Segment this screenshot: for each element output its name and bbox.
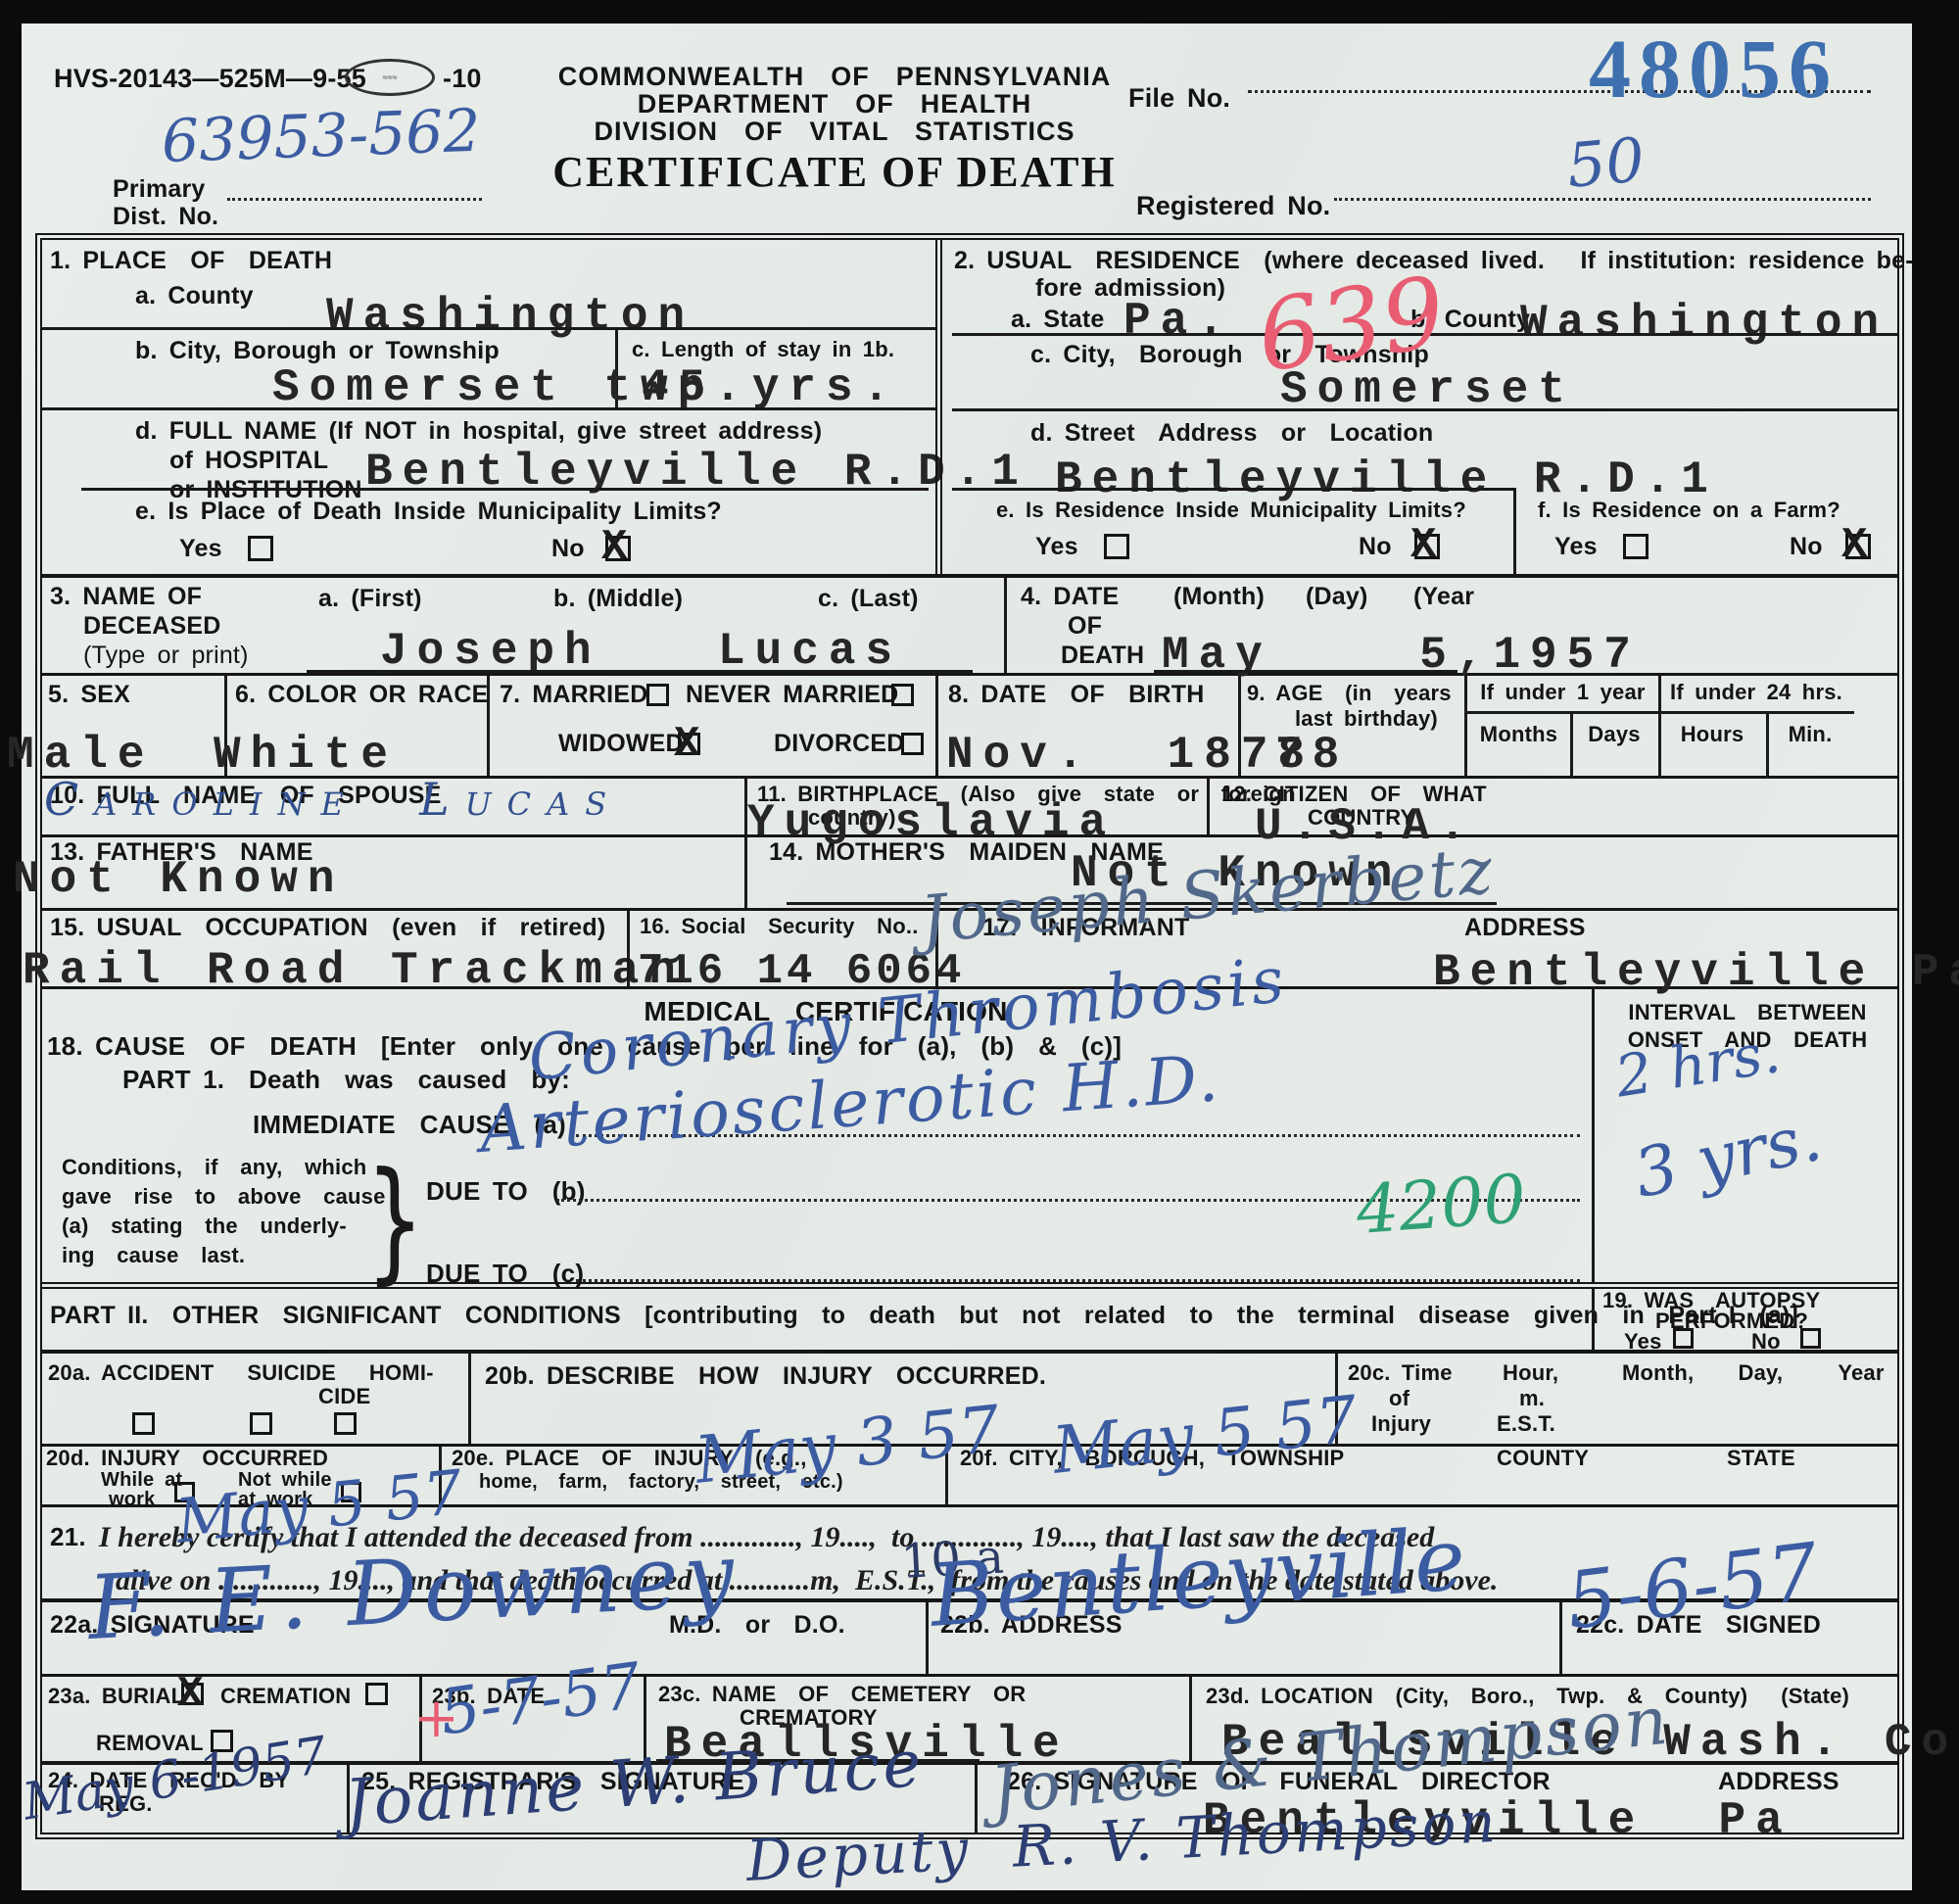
section-16-ssn: 16. Social Security No.. 716 14 6064: [627, 911, 935, 986]
s20c-injury-label: Injury: [1371, 1412, 1431, 1436]
form-code: HVS-20143—525M—9-55: [54, 65, 366, 93]
section-9-age-subtable: If under 1 year If under 24 hrs. Months …: [1464, 676, 1851, 776]
rule: [81, 488, 929, 491]
s5-label: 5. SEX: [48, 682, 130, 708]
s7-never-label: NEVER MARRIED: [686, 682, 898, 708]
part2-autopsy-row: PART II. OTHER SIGNIFICANT CONDITIONS [c…: [42, 1289, 1897, 1350]
s9-days-label: Days: [1570, 723, 1658, 746]
s2e-no-mark: X: [1410, 524, 1436, 567]
s1-heading: 1. PLACE OF DEATH: [50, 248, 332, 274]
s3-heading3: (Type or print): [83, 643, 249, 669]
s7-never-checkbox: [891, 684, 914, 706]
s1b-label: b. City, Borough or Township: [135, 338, 500, 364]
s2e-yes-label: Yes: [1035, 534, 1078, 560]
org-line-2: DEPARTMENT OF HEALTH: [453, 90, 1217, 119]
s9-hours-label: Hours: [1658, 723, 1766, 746]
divider: [1513, 488, 1516, 578]
s4-heading1: 4. DATE: [1021, 584, 1119, 610]
s1e-no-label: No: [551, 536, 585, 562]
death-certificate-scan: HVS-20143—525M—9-55 ≈≈≈ -10 Primary Dist…: [22, 24, 1912, 1890]
s3-last-label: c. (Last): [818, 586, 919, 612]
s1e-no-checkbox: X: [605, 536, 631, 561]
s1e-label: e. Is Place of Death Inside Municipality…: [135, 499, 722, 525]
org-line-3: DIVISION OF VITAL STATISTICS: [453, 118, 1217, 146]
s19-yes-label: Yes: [1624, 1330, 1662, 1354]
s18-conditions1: Conditions, if any, which: [62, 1156, 366, 1179]
s1c-label: c. Length of stay in 1b.: [632, 338, 894, 361]
s20c-est-label: E.S.T.: [1497, 1412, 1555, 1436]
section-20c-time: 20c. Time of Injury Hour, m. E.S.T. Mont…: [1335, 1354, 1897, 1444]
section-9-age: 9. AGE (in years last birthday) 78: [1238, 676, 1464, 776]
interval-label-1: INTERVAL BETWEEN: [1595, 1001, 1900, 1024]
s2f-no-label: No: [1790, 534, 1823, 560]
s7-widowed-label: WIDOWED: [558, 731, 684, 757]
section-1-place-of-death: 1. PLACE OF DEATH a. County Washington b…: [42, 240, 935, 574]
s7-widowed-mark: X: [674, 723, 699, 766]
row-place-residence: 1. PLACE OF DEATH a. County Washington b…: [42, 240, 1897, 578]
s1a-label: a. County: [135, 283, 254, 309]
section-19-autopsy: 19. WAS AUTOPSY PERFORMED? Yes No: [1592, 1289, 1897, 1350]
s4-heading3: DEATH: [1061, 643, 1144, 669]
s2f-no-checkbox: X: [1845, 534, 1871, 559]
primary-dist-label-1: Primary: [113, 176, 206, 203]
s19-no-label: No: [1751, 1330, 1781, 1354]
s13-value: Not Known: [13, 857, 344, 902]
s18-conditions3: (a) stating the underly-: [62, 1214, 347, 1238]
s1c-value: 45 yrs.: [642, 365, 899, 410]
s4-year-label: (Year: [1413, 584, 1474, 610]
section-12-citizen: 12. CITIZEN OF WHAT COUNTRY U.S.A.: [1207, 779, 1897, 834]
s3-heading1: 3. NAME OF: [50, 584, 202, 610]
s7-widowed-checkbox: X: [678, 733, 700, 755]
green-code-number: 4200: [1355, 1169, 1528, 1241]
s2d-label: d. Street Address or Location: [1030, 420, 1433, 447]
part2-label: PART II. OTHER SIGNIFICANT CONDITIONS [c…: [50, 1303, 1798, 1329]
s1d-label1: d. FULL NAME (If NOT in hospital, give s…: [135, 418, 822, 445]
s23c-label1: 23c. NAME OF CEMETERY OR: [658, 1683, 1026, 1706]
s5-value: Male: [7, 733, 154, 778]
s20c-m-label: m.: [1519, 1387, 1545, 1410]
row-name-dateofdeath: 3. NAME OF DECEASED (Type or print) a. (…: [42, 578, 1897, 676]
s9-min-label: Min.: [1766, 723, 1854, 746]
s9-value: 78: [1275, 733, 1349, 778]
rule: [42, 407, 935, 410]
section-8-date-of-birth: 8. DATE OF BIRTH Nov. 1878: [935, 676, 1238, 776]
section-4-date-of-death: 4. DATE (Month) (Day) (Year OF DEATH May…: [1004, 578, 1897, 673]
rule: [952, 488, 1513, 491]
s20c-mdy-label: Month, Day, Year: [1622, 1361, 1885, 1385]
s23a-burial-label: 23a. BURIAL: [48, 1685, 184, 1708]
s2a-value: Pa.: [1123, 299, 1234, 344]
s8-label: 8. DATE OF BIRTH: [948, 682, 1204, 708]
s16-label: 16. Social Security No..: [640, 915, 919, 938]
s2e-no-label: No: [1359, 534, 1392, 560]
s6-value: White: [214, 733, 398, 778]
rule: [952, 408, 1897, 411]
s2a-label: a. State: [1011, 307, 1105, 333]
conditions-brace: }: [365, 1144, 424, 1298]
s18-due-c-label: DUE TO (c): [426, 1260, 584, 1287]
section-13-father: 13. FATHER'S NAME Not Known: [42, 837, 744, 908]
registered-no-label: Registered No.: [1136, 192, 1330, 220]
s9-months-label: Months: [1467, 723, 1570, 746]
s4-heading2: OF: [1068, 613, 1102, 640]
certificate-title: CERTIFICATE OF DEATH: [453, 147, 1217, 197]
s18-conditions2: gave rise to above cause: [62, 1185, 386, 1209]
s19-yes-checkbox: [1673, 1328, 1694, 1349]
s1d-label2: of HOSPITAL: [169, 448, 328, 474]
section-15-occupation: 15. USUAL OCCUPATION (even if retired) R…: [42, 911, 627, 986]
s26-address-label: ADDRESS: [1718, 1769, 1840, 1795]
s1e-no-mark: X: [601, 526, 627, 569]
s20c-hour-label: Hour,: [1503, 1361, 1558, 1385]
s20a-accident-checkbox: [132, 1412, 155, 1435]
s20a-suicide-checkbox: [250, 1412, 272, 1435]
s2e-label: e. Is Residence Inside Municipality Limi…: [996, 499, 1466, 522]
s3-middle-label: b. (Middle): [553, 586, 683, 612]
rule: [307, 670, 973, 673]
section-6-color-race: 6. COLOR OR RACE White: [224, 676, 487, 776]
s4-month-label: (Month): [1173, 584, 1265, 610]
s2f-no-mark: X: [1841, 524, 1867, 567]
s9-under1-label: If under 1 year: [1467, 681, 1658, 704]
s20c-of-label: of: [1389, 1387, 1410, 1410]
primary-dist-value: 63953-562: [161, 105, 481, 168]
s18-conditions4: ing cause last.: [62, 1244, 245, 1267]
s2b-value: Washington: [1520, 301, 1888, 346]
s20a-homicide-checkbox: [334, 1412, 357, 1435]
s4-day-label: (Day): [1306, 584, 1368, 610]
s20d-label: 20d. INJURY OCCURRED: [46, 1447, 328, 1470]
section-11-birthplace: 11. BIRTHPLACE (Also give state or forei…: [744, 779, 1207, 834]
s9-label1: 9. AGE (in years: [1247, 682, 1452, 705]
primary-dist-label-2: Dist. No.: [113, 204, 218, 230]
s2f-yes-label: Yes: [1554, 534, 1598, 560]
s2e-yes-checkbox: [1104, 534, 1129, 559]
file-no-value: 48056: [1589, 31, 1839, 107]
s3-first-label: a. (First): [318, 586, 422, 612]
s20a-label2: CIDE: [318, 1385, 370, 1408]
org-line-1: COMMONWEALTH OF PENNSYLVANIA: [453, 63, 1217, 91]
s15-value: Rail Road Trackman: [23, 948, 686, 993]
s1a-value: Washington: [326, 294, 694, 339]
s23a-burial-checkbox: X: [181, 1683, 204, 1705]
s6-label: 6. COLOR OR RACE: [235, 682, 489, 708]
s9-label2: last birthday): [1295, 707, 1438, 731]
s21-num: 21.: [50, 1523, 86, 1550]
rule: [42, 327, 935, 330]
s1e-yes-label: Yes: [179, 536, 222, 562]
s2f-yes-checkbox: [1623, 534, 1648, 559]
residence-number-red: 639: [1253, 268, 1451, 382]
section-5-sex: 5. SEX Male: [42, 676, 224, 776]
s17-address-label: ADDRESS: [1464, 915, 1586, 941]
s3-last-value: Lucas: [718, 629, 902, 674]
rule: [1154, 670, 1457, 673]
section-7-marital-status: 7. MARRIED NEVER MARRIED WIDOWED X DIVOR…: [487, 676, 935, 776]
part2-conditions: PART II. OTHER SIGNIFICANT CONDITIONS [c…: [42, 1289, 1592, 1350]
s9-under24-label: If under 24 hrs.: [1658, 681, 1854, 704]
registered-no-value: 50: [1565, 132, 1647, 193]
due-c-line: [576, 1279, 1580, 1282]
file-no-label: File No.: [1128, 84, 1230, 113]
s18-part1: PART 1. Death was caused by:: [122, 1066, 570, 1093]
s20a-label1: 20a. ACCIDENT SUICIDE HOMI-: [48, 1361, 434, 1385]
s20f-state-label: STATE: [1727, 1447, 1795, 1470]
s20b-label: 20b. DESCRIBE HOW INJURY OCCURRED.: [485, 1363, 1046, 1390]
s7-divorced-checkbox: [901, 733, 924, 755]
s23a-cremation-checkbox: [365, 1683, 388, 1705]
s2e-no-checkbox: X: [1414, 534, 1440, 559]
allied-printing-union-bug-icon: ≈≈≈: [345, 59, 435, 96]
s7-married-label: 7. MARRIED: [500, 682, 647, 708]
s15-label: 15. USUAL OCCUPATION (even if retired): [50, 915, 605, 941]
s19-no-checkbox: [1800, 1328, 1821, 1349]
s2f-label: f. Is Residence on a Farm?: [1538, 499, 1840, 522]
s1e-yes-checkbox: [248, 536, 273, 561]
row-sex-race-marital-birth-age: 5. SEX Male 6. COLOR OR RACE White 7. MA…: [42, 676, 1897, 779]
s23a-burial-mark: X: [177, 1673, 203, 1716]
s3-heading2: DECEASED: [83, 613, 221, 640]
s7-married-checkbox: [646, 684, 669, 706]
s20c-time-label: 20c. Time: [1348, 1361, 1453, 1385]
spouse-name-handwriting: Caroline Lucas: [44, 780, 622, 820]
s3-first-value: Joseph: [380, 629, 601, 674]
primary-dist-line: [227, 198, 482, 201]
section-3-name-of-deceased: 3. NAME OF DECEASED (Type or print) a. (…: [42, 578, 1004, 673]
s7-divorced-label: DIVORCED: [774, 731, 905, 757]
s2d-value: Bentleyville R.D.1: [1055, 457, 1718, 502]
section-20a-accident: 20a. ACCIDENT SUICIDE HOMI- CIDE: [42, 1354, 468, 1444]
s20f-county-label: COUNTY: [1497, 1447, 1589, 1470]
s23a-cremation-label: CREMATION: [220, 1685, 351, 1708]
